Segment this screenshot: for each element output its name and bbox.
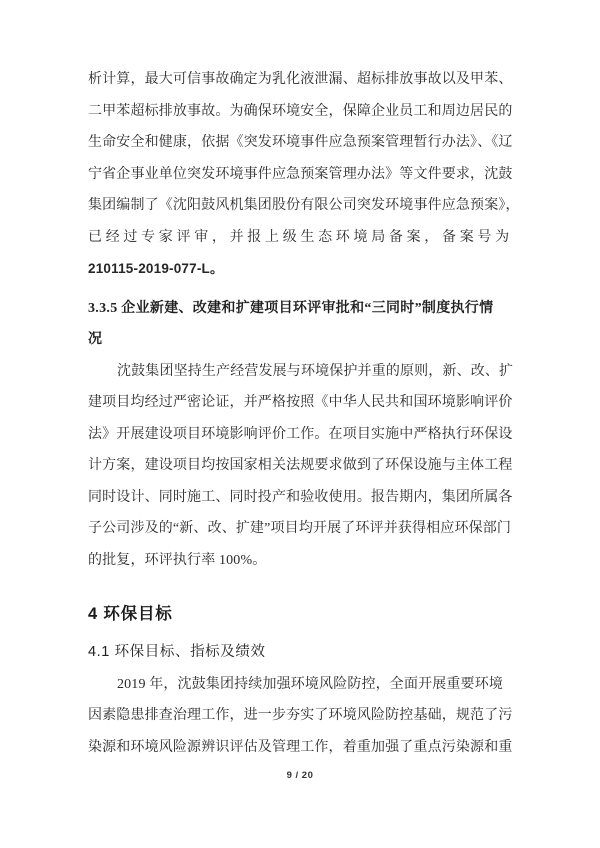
body-line: 子公司涉及的“新、改、扩建”项目均开展了环评并获得相应环保部门 [88, 513, 512, 545]
document-body: 析计算，最大可信事故确定为乳化液泄漏、超标排放事故以及甲苯、 二甲苯超标排放事故… [88, 64, 512, 763]
heading-3-3-5-wrap: 况 [88, 324, 512, 356]
body-line: 建项目均经过严密论证，并严格按照《中华人民共和国环境影响评价 [88, 387, 512, 419]
body-line: 法》开展建设项目环境影响评价工作。在项目实施中严格执行环保设 [88, 419, 512, 451]
body-line: 集团编制了《沈阳鼓风机集团股份有限公司突发环境事件应急预案》， [88, 190, 512, 222]
body-line: 析计算，最大可信事故确定为乳化液泄漏、超标排放事故以及甲苯、 [88, 64, 512, 96]
heading-4: 4 环保目标 [88, 598, 512, 631]
body-line: 同时设计、同时施工、同时投产和验收使用。报告期内，集团所属各 [88, 482, 512, 514]
body-line: 已经过专家评审，并报上级生态环境局备案，备案号为 [88, 222, 512, 254]
body-line: 染源和环境风险源辨识评估及管理工作，着重加强了重点污染源和重 [88, 732, 512, 764]
body-line: 的批复，环评执行率 100%。 [88, 545, 512, 577]
body-line-record-number: 210115-2019-077-L。 [88, 253, 512, 285]
document-page: 析计算，最大可信事故确定为乳化液泄漏、超标排放事故以及甲苯、 二甲苯超标排放事故… [0, 0, 600, 848]
body-line: 生命安全和健康，依据《突发环境事件应急预案管理暂行办法》、《辽 [88, 127, 512, 159]
body-line: 二甲苯超标排放事故。为确保环境安全，保障企业员工和周边居民的 [88, 96, 512, 128]
body-line: 宁省企事业单位突发环境事件应急预案管理办法》等文件要求，沈鼓 [88, 159, 512, 191]
heading-3-3-5: 3.3.5 企业新建、改建和扩建项目环评审批和“三同时”制度执行情 [88, 293, 512, 325]
body-line: 因素隐患排查治理工作，进一步夯实了环境风险防控基础，规范了污 [88, 700, 512, 732]
page-number: 9 / 20 [0, 770, 600, 781]
heading-4-1: 4.1 环保目标、指标及绩效 [88, 637, 512, 669]
body-line: 沈鼓集团坚持生产经营发展与环境保护并重的原则，新、改、扩 [88, 356, 512, 388]
body-line: 计方案，建设项目均按国家相关法规要求做到了环保设施与主体工程 [88, 450, 512, 482]
body-line: 2019 年，沈鼓集团持续加强环境风险防控，全面开展重要环境 [88, 669, 512, 701]
